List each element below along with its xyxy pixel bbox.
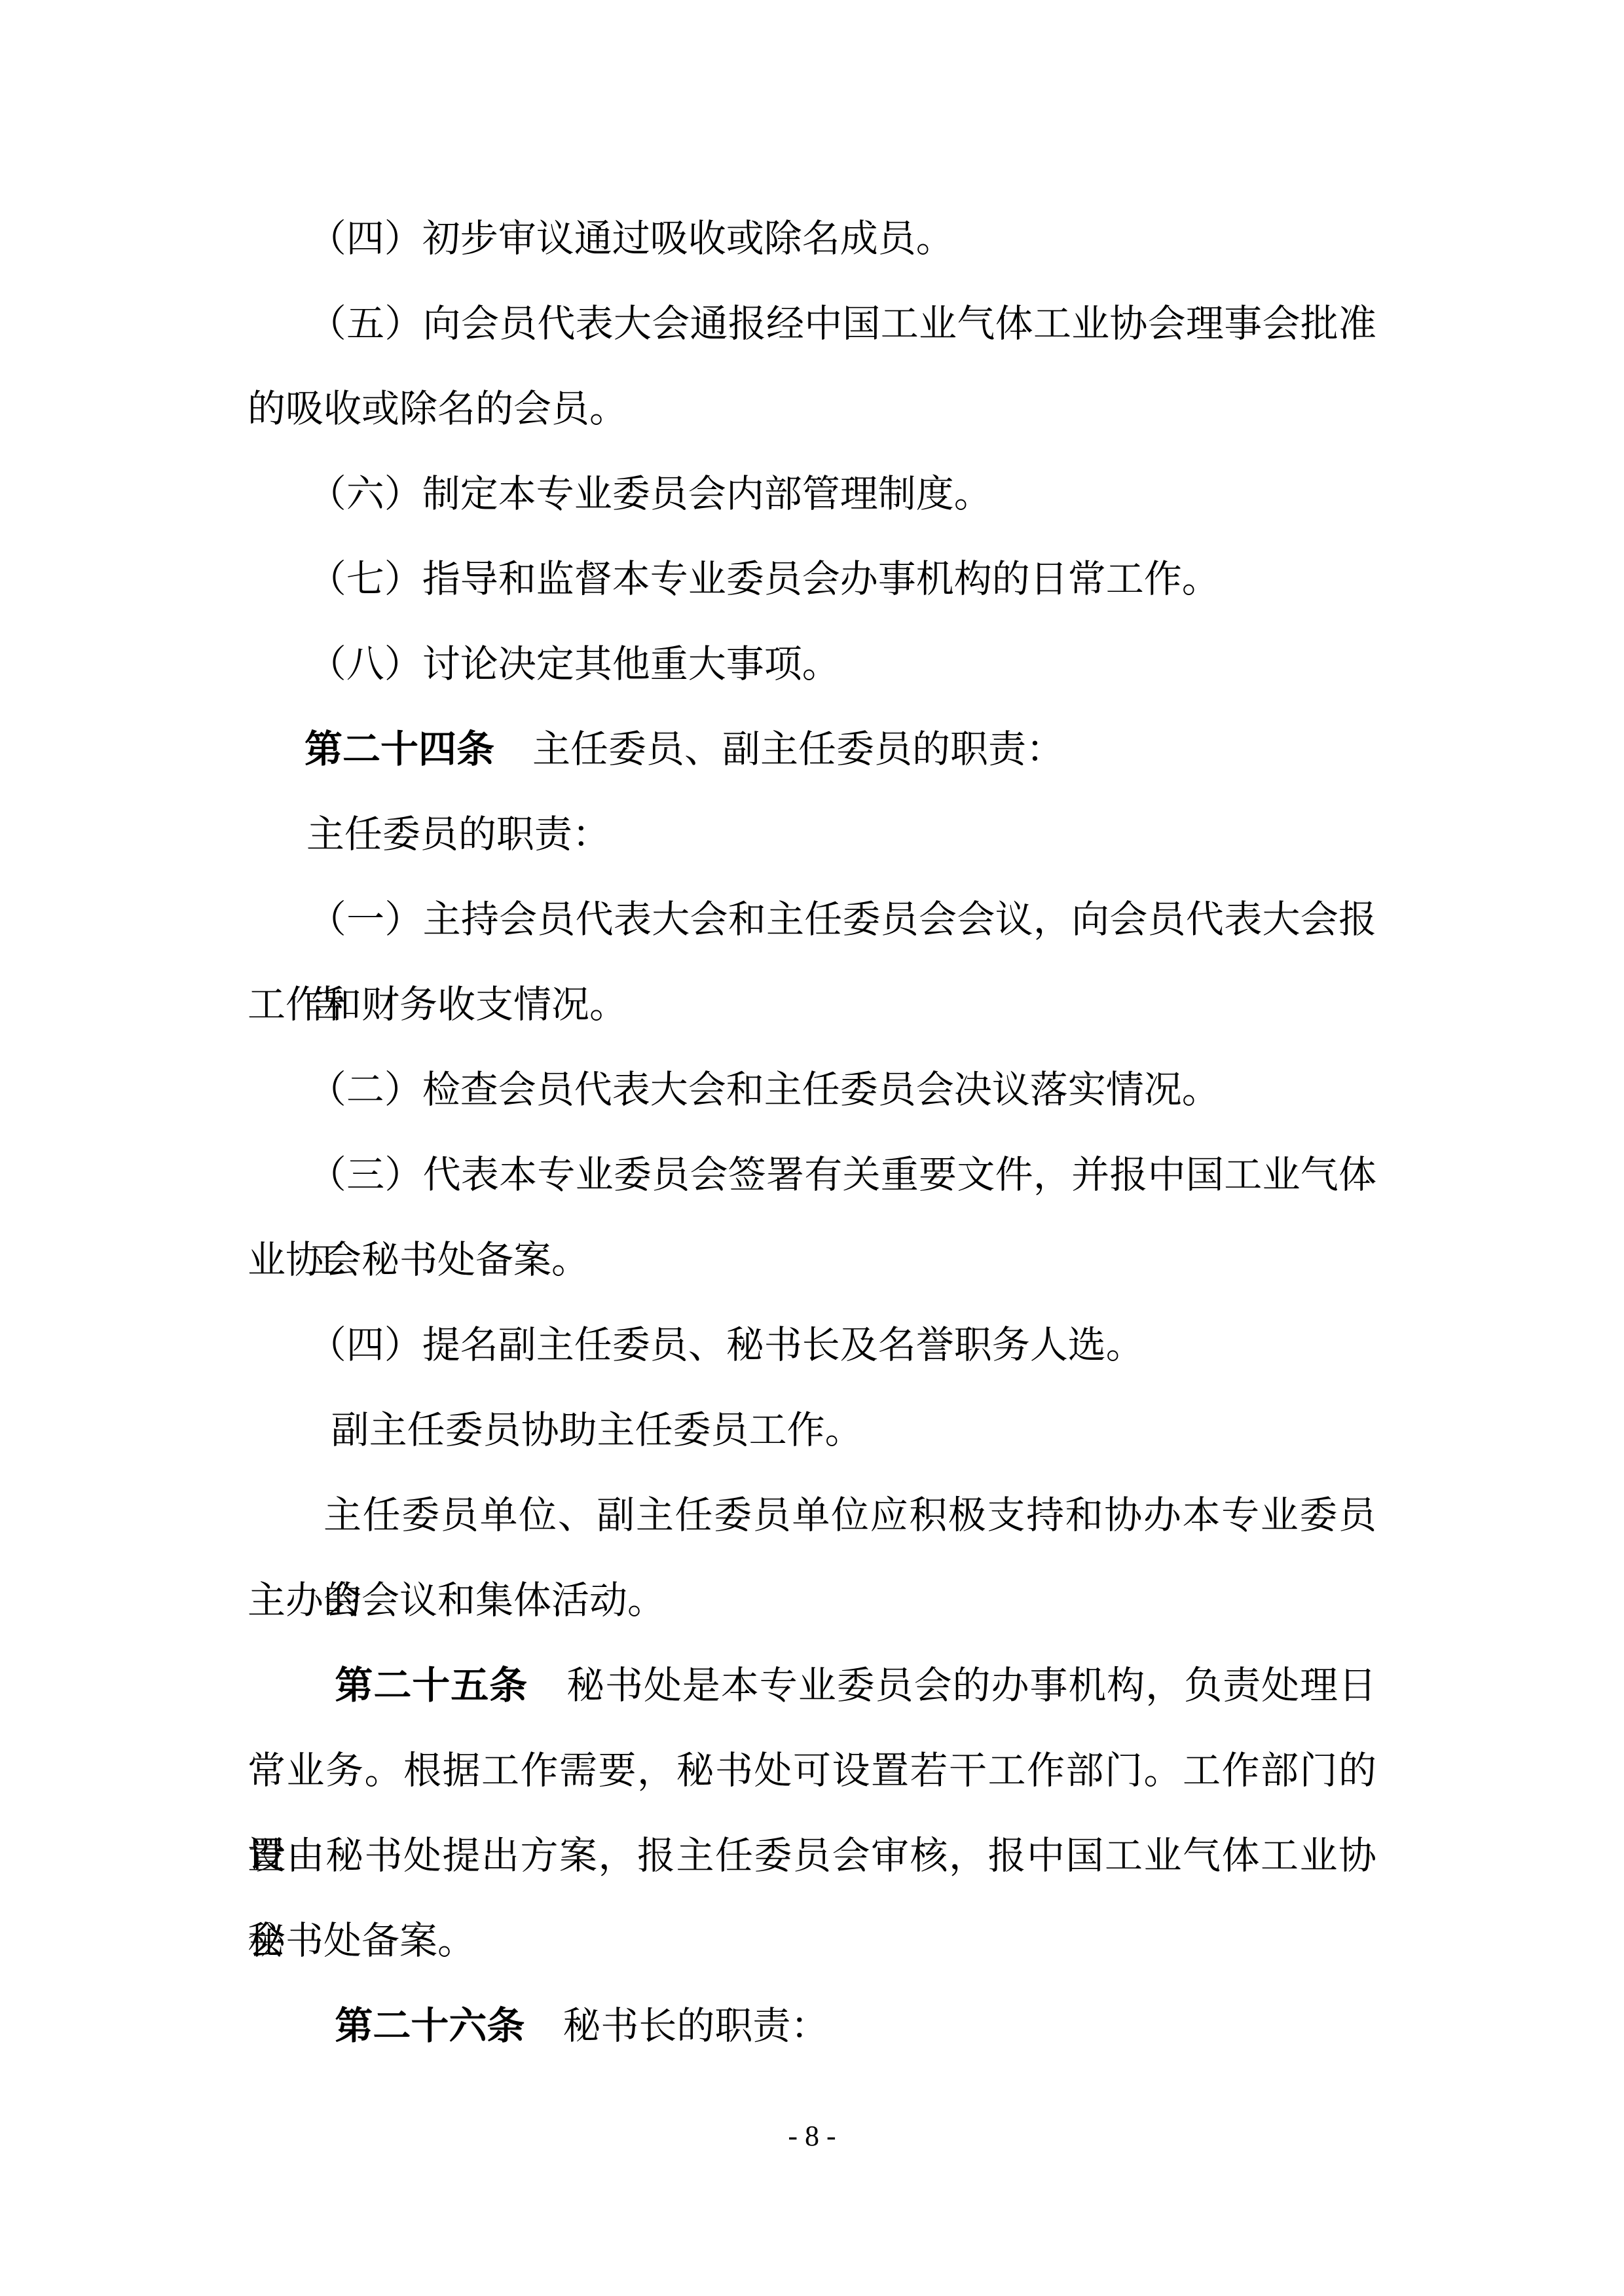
- text-line: （六）制定本专业委员会内部管理制度。: [248, 452, 1376, 537]
- text-run: （五）向会员代表大会通报经中国工业气体工业协会理事会批准: [308, 302, 1376, 345]
- text-run: （二）检查会员代表大会和主任委员会决议落实情况。: [308, 1068, 1220, 1111]
- page-number: - 8 -: [0, 2113, 1624, 2159]
- text-line: 工作和财务收支情况。: [248, 962, 1376, 1048]
- text-line: （二）检查会员代表大会和主任委员会决议落实情况。: [248, 1048, 1376, 1133]
- article-number-heading: 第二十四条: [304, 728, 494, 771]
- text-run: 主任委员、副主任委员的职责：: [494, 728, 1064, 771]
- text-line: 副主任委员协助主任委员工作。: [248, 1388, 1376, 1473]
- text-line: 置由秘书处提出方案，报主任委员会审核，报中国工业气体工业协会: [248, 1813, 1376, 1899]
- text-run: 主任委员的职责：: [306, 813, 610, 856]
- text-run: 工作和财务收支情况。: [248, 983, 627, 1026]
- text-run: 业协会秘书处备案。: [248, 1239, 589, 1281]
- text-line: 第二十六条 秘书长的职责：: [248, 1984, 1376, 2069]
- text-run: 秘书处是本专业委员会的办事机构，负责处理日: [528, 1664, 1376, 1707]
- document-page: （四）初步审议通过吸收或除名成员。（五）向会员代表大会通报经中国工业气体工业协会…: [0, 0, 1624, 2296]
- text-line: 主办的会议和集体活动。: [248, 1558, 1376, 1643]
- text-line: （八）讨论决定其他重大事项。: [248, 622, 1376, 707]
- text-run: 秘书长的职责：: [525, 2005, 828, 2047]
- text-run: 主办的会议和集体活动。: [248, 1579, 665, 1622]
- text-run: 秘书处备案。: [248, 1920, 475, 1962]
- article-number-heading: 第二十五条: [335, 1664, 528, 1707]
- text-line: 第二十四条 主任委员、副主任委员的职责：: [248, 707, 1376, 792]
- text-run: （四）提名副主任委员、秘书长及名誉职务人选。: [308, 1324, 1144, 1366]
- text-run: （六）制定本专业委员会内部管理制度。: [308, 473, 992, 515]
- text-line: 第二十五条 秘书处是本专业委员会的办事机构，负责处理日: [248, 1643, 1376, 1728]
- text-line: （四）初步审议通过吸收或除名成员。: [248, 196, 1376, 282]
- text-run: （八）讨论决定其他重大事项。: [308, 643, 840, 685]
- text-run: （七）指导和监督本专业委员会办事机构的日常工作。: [308, 558, 1220, 600]
- text-line: 的吸收或除名的会员。: [248, 367, 1376, 452]
- text-run: 副主任委员协助主任委员工作。: [331, 1409, 863, 1451]
- text-line: （七）指导和监督本专业委员会办事机构的日常工作。: [248, 537, 1376, 622]
- text-run: （四）初步审议通过吸收或除名成员。: [308, 217, 954, 260]
- text-line: 业协会秘书处备案。: [248, 1218, 1376, 1303]
- text-line: 主任委员的职责：: [248, 792, 1376, 877]
- article-number-heading: 第二十六条: [335, 2005, 525, 2047]
- text-line: （三）代表本专业委员会签署有关重要文件，并报中国工业气体工: [248, 1133, 1376, 1218]
- text-line: （五）向会员代表大会通报经中国工业气体工业协会理事会批准: [248, 282, 1376, 367]
- text-body: （四）初步审议通过吸收或除名成员。（五）向会员代表大会通报经中国工业气体工业协会…: [248, 196, 1376, 2069]
- text-line: 主任委员单位、副主任委员单位应积极支持和协办本专业委员会: [248, 1473, 1376, 1558]
- text-line: 常业务。根据工作需要，秘书处可设置若干工作部门。工作部门的设: [248, 1728, 1376, 1813]
- text-line: （一）主持会员代表大会和主任委员会会议，向会员代表大会报告: [248, 877, 1376, 962]
- text-line: （四）提名副主任委员、秘书长及名誉职务人选。: [248, 1303, 1376, 1388]
- text-line: 秘书处备案。: [248, 1899, 1376, 1984]
- text-run: 的吸收或除名的会员。: [248, 388, 627, 430]
